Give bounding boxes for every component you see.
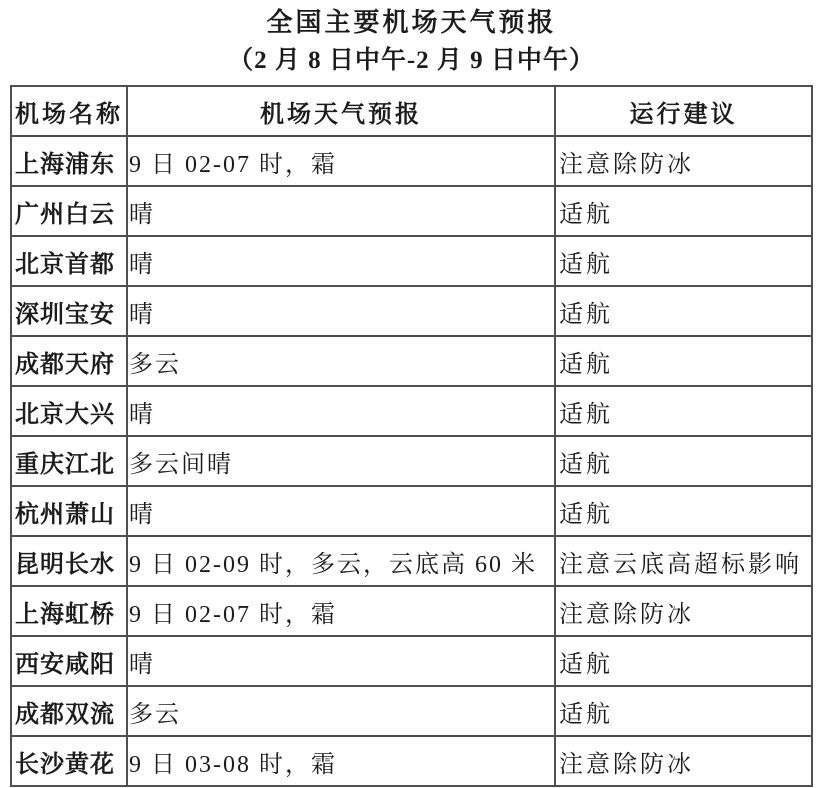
forecast-cell: 多云 bbox=[127, 336, 555, 386]
table-row: 上海虹桥 9 日 02-07 时，霜 注意除防冰 bbox=[11, 586, 812, 636]
advice-cell: 适航 bbox=[555, 436, 812, 486]
table-row: 西安咸阳 晴 适航 bbox=[11, 636, 812, 686]
table-row: 杭州萧山 晴 适航 bbox=[11, 486, 812, 536]
forecast-cell: 9 日 02-07 时，霜 bbox=[127, 136, 555, 186]
page-title: 全国主要机场天气预报 bbox=[0, 0, 823, 39]
table-row: 北京首都 晴 适航 bbox=[11, 236, 812, 286]
table-header-row: 机场名称 机场天气预报 运行建议 bbox=[11, 86, 812, 136]
forecast-cell: 晴 bbox=[127, 186, 555, 236]
airport-name-cell: 长沙黄花 bbox=[11, 736, 127, 786]
forecast-cell: 9 日 03-08 时，霜 bbox=[127, 736, 555, 786]
airport-name-cell: 北京大兴 bbox=[11, 386, 127, 436]
table-row: 北京大兴 晴 适航 bbox=[11, 386, 812, 436]
advice-cell: 注意除防冰 bbox=[555, 736, 812, 786]
airport-forecast-table: 机场名称 机场天气预报 运行建议 上海浦东 9 日 02-07 时，霜 注意除防… bbox=[10, 85, 813, 787]
advice-cell: 适航 bbox=[555, 186, 812, 236]
airport-name-cell: 广州白云 bbox=[11, 186, 127, 236]
advice-cell: 适航 bbox=[555, 286, 812, 336]
forecast-cell: 多云 bbox=[127, 686, 555, 736]
table-row: 成都天府 多云 适航 bbox=[11, 336, 812, 386]
table-row: 长沙黄花 9 日 03-08 时，霜 注意除防冰 bbox=[11, 736, 812, 786]
advice-cell: 适航 bbox=[555, 336, 812, 386]
weather-report-page: 全国主要机场天气预报 （2 月 8 日中午-2 月 9 日中午） 机场名称 机场… bbox=[0, 0, 823, 787]
table-row: 上海浦东 9 日 02-07 时，霜 注意除防冰 bbox=[11, 136, 812, 186]
table-row: 成都双流 多云 适航 bbox=[11, 686, 812, 736]
airport-name-cell: 西安咸阳 bbox=[11, 636, 127, 686]
advice-cell: 注意云底高超标影响 bbox=[555, 536, 812, 586]
advice-cell: 适航 bbox=[555, 636, 812, 686]
table-row: 深圳宝安 晴 适航 bbox=[11, 286, 812, 336]
forecast-cell: 晴 bbox=[127, 636, 555, 686]
airport-name-cell: 上海虹桥 bbox=[11, 586, 127, 636]
header-forecast: 机场天气预报 bbox=[127, 86, 555, 136]
advice-cell: 注意除防冰 bbox=[555, 136, 812, 186]
advice-cell: 注意除防冰 bbox=[555, 586, 812, 636]
forecast-cell: 9 日 02-07 时，霜 bbox=[127, 586, 555, 636]
airport-name-cell: 昆明长水 bbox=[11, 536, 127, 586]
forecast-cell: 晴 bbox=[127, 236, 555, 286]
table-row: 重庆江北 多云间晴 适航 bbox=[11, 436, 812, 486]
forecast-cell: 多云间晴 bbox=[127, 436, 555, 486]
table-row: 广州白云 晴 适航 bbox=[11, 186, 812, 236]
advice-cell: 适航 bbox=[555, 486, 812, 536]
header-airport-name: 机场名称 bbox=[11, 86, 127, 136]
airport-name-cell: 重庆江北 bbox=[11, 436, 127, 486]
airport-name-cell: 成都天府 bbox=[11, 336, 127, 386]
page-subtitle: （2 月 8 日中午-2 月 9 日中午） bbox=[0, 45, 823, 77]
airport-name-cell: 深圳宝安 bbox=[11, 286, 127, 336]
forecast-cell: 晴 bbox=[127, 486, 555, 536]
forecast-cell: 晴 bbox=[127, 386, 555, 436]
table-row: 昆明长水 9 日 02-09 时，多云，云底高 60 米 注意云底高超标影响 bbox=[11, 536, 812, 586]
advice-cell: 适航 bbox=[555, 236, 812, 286]
forecast-cell: 9 日 02-09 时，多云，云底高 60 米 bbox=[127, 536, 555, 586]
forecast-cell: 晴 bbox=[127, 286, 555, 336]
header-advice: 运行建议 bbox=[555, 86, 812, 136]
airport-name-cell: 上海浦东 bbox=[11, 136, 127, 186]
advice-cell: 适航 bbox=[555, 686, 812, 736]
airport-name-cell: 北京首都 bbox=[11, 236, 127, 286]
advice-cell: 适航 bbox=[555, 386, 812, 436]
airport-name-cell: 杭州萧山 bbox=[11, 486, 127, 536]
airport-name-cell: 成都双流 bbox=[11, 686, 127, 736]
